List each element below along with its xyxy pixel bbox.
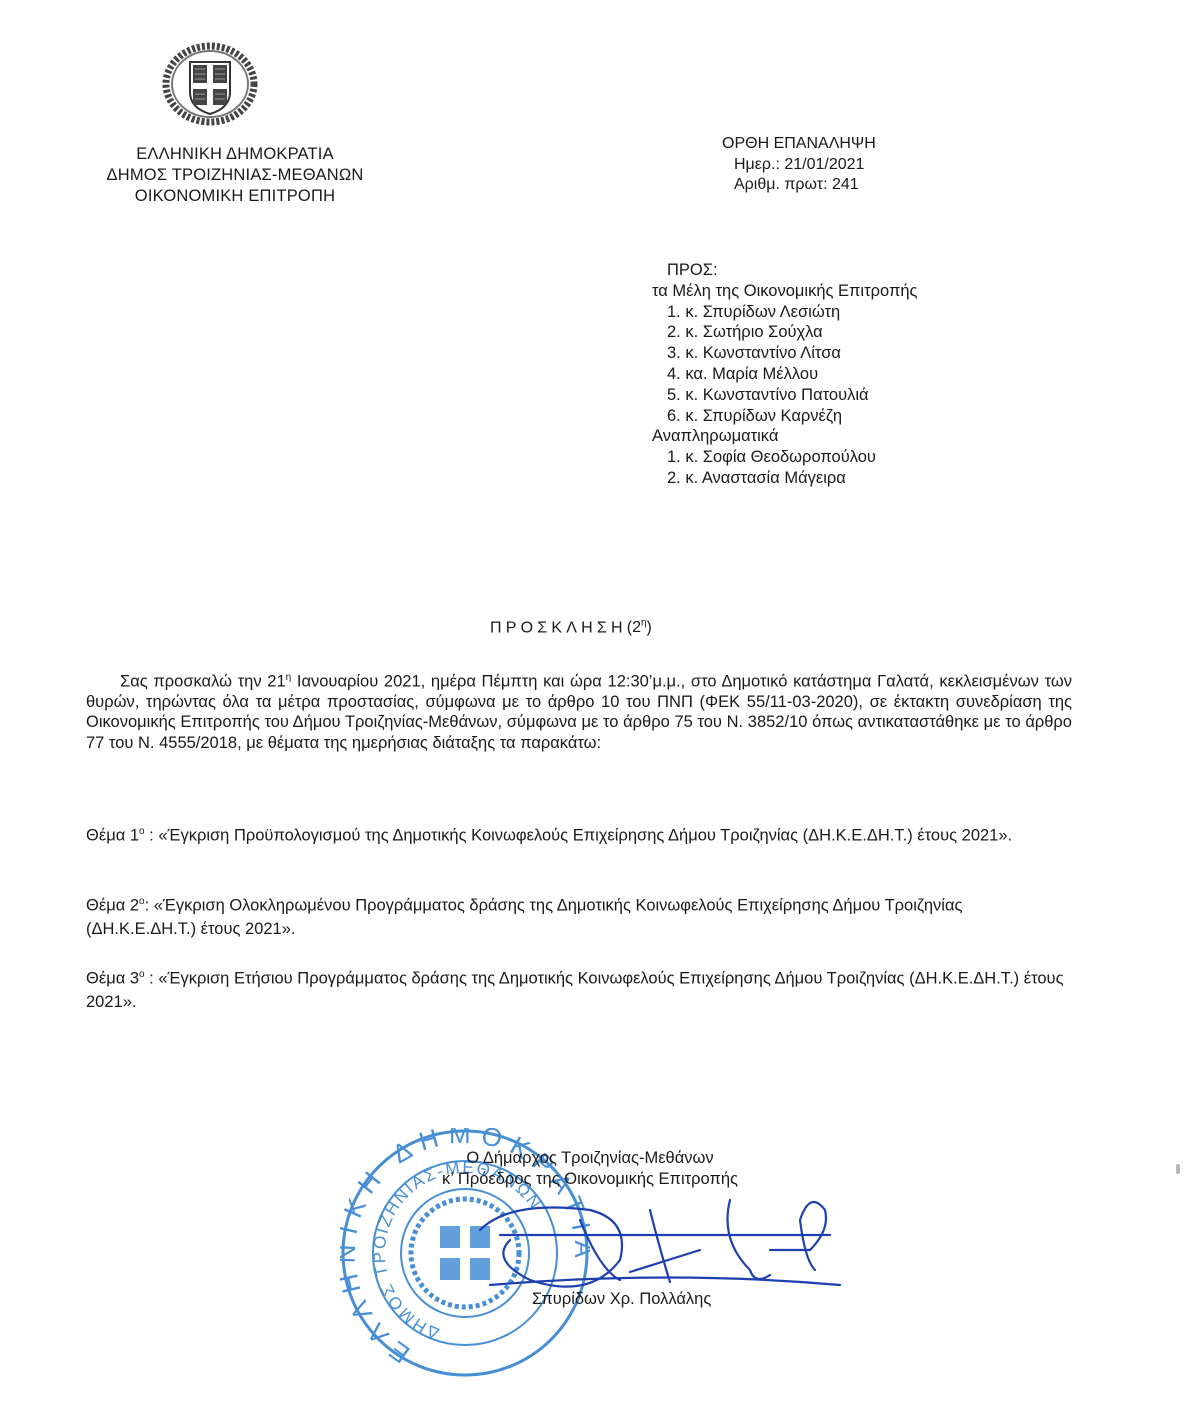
signature-role-line-1: Ο Δήμαρχος Τροιζηνίας-Μεθάνων (390, 1148, 790, 1169)
member-item: 3. κ. Κωνσταντίνο Λίτσα (652, 343, 917, 364)
issuer-line-municipality: ΔΗΜΟΣ ΤΡΟΙΖΗΝΙΑΣ-ΜΕΘΑΝΩΝ (60, 165, 410, 186)
document-meta: ΟΡΘΗ ΕΠΑΝΑΛΗΨΗ Ημερ.: 21/01/2021 Αριθμ. … (722, 134, 876, 196)
issuer-line-country: ΕΛΛΗΝΙΚΗ ΔΗΜΟΚΡΑΤΙΑ (60, 144, 410, 165)
recipients-group-label: τα Μέλη της Οικονομικής Επιτροπής (652, 281, 917, 302)
handwritten-signature-icon (470, 1190, 850, 1300)
topic-text: «Έγκριση Ετήσιου Προγράμματος δράσης της… (86, 970, 1064, 1011)
title-sup: η (641, 618, 647, 629)
topic-separator: : (145, 827, 159, 845)
topic-text: «Έγκριση Ολοκληρωμένου Προγράμματος δράσ… (86, 897, 962, 938)
title-text: ΠΡΟΣΚΛΗΣΗ (490, 619, 627, 636)
topic-text: «Έγκριση Προϋπολογισμού της Δημοτικής Κο… (158, 827, 1012, 845)
document-date: Ημερ.: 21/01/2021 (722, 155, 876, 176)
issuer-line-committee: ΟΙΚΟΝΟΜΙΚΗ ΕΠΙΤΡΟΠΗ (60, 186, 410, 207)
alternate-item: 2. κ. Αναστασία Μάγειρα (652, 468, 917, 489)
agenda-topic-3: Θέμα 3ο : «Έγκριση Ετήσιου Προγράμματος … (86, 963, 1076, 1014)
member-item: 5. κ. Κωνσταντίνο Πατουλιά (652, 385, 917, 406)
topic-label: Θέμα 3 (86, 970, 139, 988)
agenda-topic-2: Θέμα 2ο: «Έγκριση Ολοκληρωμένου Προγράμμ… (86, 890, 1046, 941)
signatory-name: Σπυρίδων Χρ. Πολλάλης (532, 1290, 711, 1309)
greek-coat-of-arms-icon (162, 42, 258, 126)
agenda-topic-1: Θέμα 1ο : «Έγκριση Προϋπολογισμού της Δη… (86, 820, 1076, 848)
document-title: ΠΡΟΣΚΛΗΣΗ(2η) (490, 618, 652, 637)
member-item: 4. κα. Μαρία Μέλλου (652, 364, 917, 385)
correction-label: ΟΡΘΗ ΕΠΑΝΑΛΗΨΗ (722, 134, 876, 155)
member-item: 2. κ. Σωτήριο Σούχλα (652, 322, 917, 343)
invitation-body: Σας προσκαλώ την 21η Ιανουαρίου 2021, ημ… (86, 668, 1072, 753)
recipients-block: ΠΡΟΣ: τα Μέλη της Οικονομικής Επιτροπής … (652, 260, 917, 489)
alternates-label: Αναπληρωματικά (652, 426, 917, 447)
title-number: 2 (632, 619, 641, 636)
signature-role-line-2: κ’ Πρόεδρος της Οικονομικής Επιτροπής (390, 1169, 790, 1190)
alternate-item: 1. κ. Σοφία Θεοδωροπούλου (652, 447, 917, 468)
member-item: 1. κ. Σπυρίδων Λεσιώτη (652, 302, 917, 323)
topic-label: Θέμα 2 (86, 897, 139, 915)
issuer-block: ΕΛΛΗΝΙΚΗ ΔΗΜΟΚΡΑΤΙΑ ΔΗΜΟΣ ΤΡΟΙΖΗΝΙΑΣ-ΜΕΘ… (60, 144, 410, 207)
body-text-start: Σας προσκαλώ την 21 (120, 673, 286, 691)
protocol-number: Αριθμ. πρωτ: 241 (722, 175, 876, 196)
topic-separator: : (145, 970, 159, 988)
topic-separator: : (145, 897, 154, 915)
topic-label: Θέμα 1 (86, 827, 139, 845)
signature-role: Ο Δήμαρχος Τροιζηνίας-Μεθάνων κ’ Πρόεδρο… (390, 1148, 790, 1190)
scan-artifact (1176, 1164, 1180, 1174)
recipients-to-label: ΠΡΟΣ: (652, 260, 917, 281)
member-item: 6. κ. Σπυρίδων Καρνέζη (652, 406, 917, 427)
